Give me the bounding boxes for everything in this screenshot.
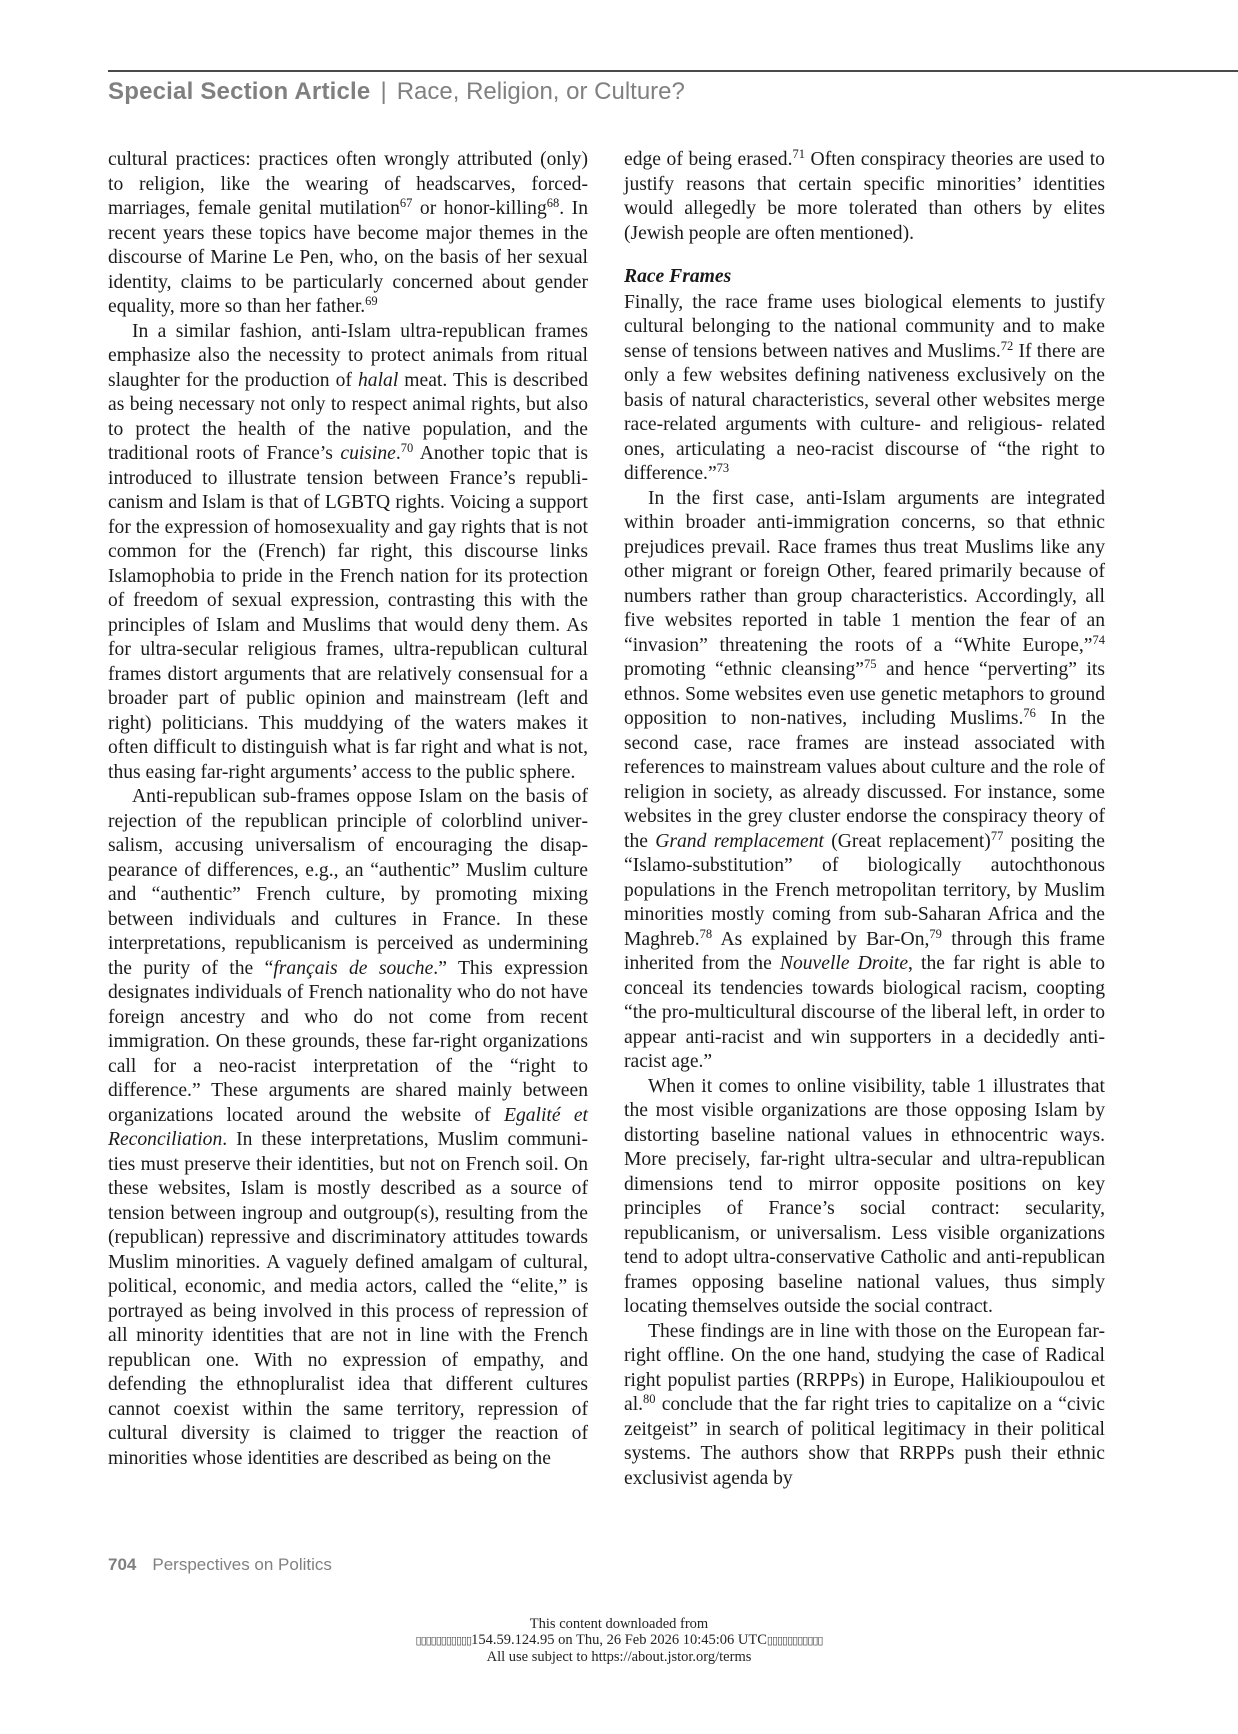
paragraph: edge of being erased.71 Often conspiracy… xyxy=(624,148,1105,246)
paragraph: In a similar fashion, anti-Islam ultra-r… xyxy=(108,320,588,786)
footnote-ref[interactable]: 79 xyxy=(929,927,942,941)
paragraph: Finally, the race frame uses biological … xyxy=(624,291,1105,487)
footnote-ref[interactable]: 80 xyxy=(643,1392,656,1406)
journal-name: Perspectives on Politics xyxy=(152,1555,332,1574)
download-line-2: ▯▯▯▯▯▯▯▯▯▯▯154.59.124.95 on Thu, 26 Feb … xyxy=(0,1632,1238,1649)
footnote-ref[interactable]: 72 xyxy=(1001,339,1014,353)
footnote-ref[interactable]: 69 xyxy=(365,294,378,308)
footnote-ref[interactable]: 68 xyxy=(547,196,560,210)
download-line-1: This content downloaded from xyxy=(0,1616,1238,1632)
running-head: Special Section Article|Race, Religion, … xyxy=(108,78,685,106)
footnote-ref[interactable]: 78 xyxy=(700,927,713,941)
header-separator: | xyxy=(380,78,386,106)
left-column: cultural practices: practices often wron… xyxy=(108,148,588,1471)
footnote-ref[interactable]: 75 xyxy=(864,657,877,671)
paragraph: These findings are in line with those on… xyxy=(624,1320,1105,1492)
terms-line[interactable]: All use subject to https://about.jstor.o… xyxy=(0,1649,1238,1665)
footnote-ref[interactable]: 73 xyxy=(717,461,730,475)
footnote-ref[interactable]: 76 xyxy=(1023,706,1036,720)
paragraph: cultural practices: practices often wron… xyxy=(108,148,588,320)
placeholder-glyphs: ▯▯▯▯▯▯▯▯▯▯▯ xyxy=(767,1635,823,1647)
article-title: Race, Religion, or Culture? xyxy=(397,78,685,105)
page-number: 704 xyxy=(108,1555,136,1574)
header-rule xyxy=(108,70,1238,72)
paragraph: Anti-republican sub-frames oppose Islam … xyxy=(108,785,588,1471)
section-heading: Race Frames xyxy=(624,265,1105,290)
footnote-ref[interactable]: 77 xyxy=(991,829,1004,843)
paragraph: In the first case, anti-Islam arguments … xyxy=(624,487,1105,1075)
placeholder-glyphs: ▯▯▯▯▯▯▯▯▯▯▯ xyxy=(416,1635,472,1647)
page-footer: 704Perspectives on Politics xyxy=(108,1555,332,1575)
section-label: Special Section Article xyxy=(108,78,370,105)
footnote-ref[interactable]: 67 xyxy=(400,196,413,210)
footnote-ref[interactable]: 74 xyxy=(1093,633,1106,647)
footnote-ref[interactable]: 70 xyxy=(401,441,414,455)
right-column: edge of being erased.71 Often conspiracy… xyxy=(624,148,1105,1491)
download-notice: This content downloaded from ▯▯▯▯▯▯▯▯▯▯▯… xyxy=(0,1616,1238,1665)
footnote-ref[interactable]: 71 xyxy=(792,147,805,161)
paragraph: When it comes to online visibility, tabl… xyxy=(624,1075,1105,1320)
